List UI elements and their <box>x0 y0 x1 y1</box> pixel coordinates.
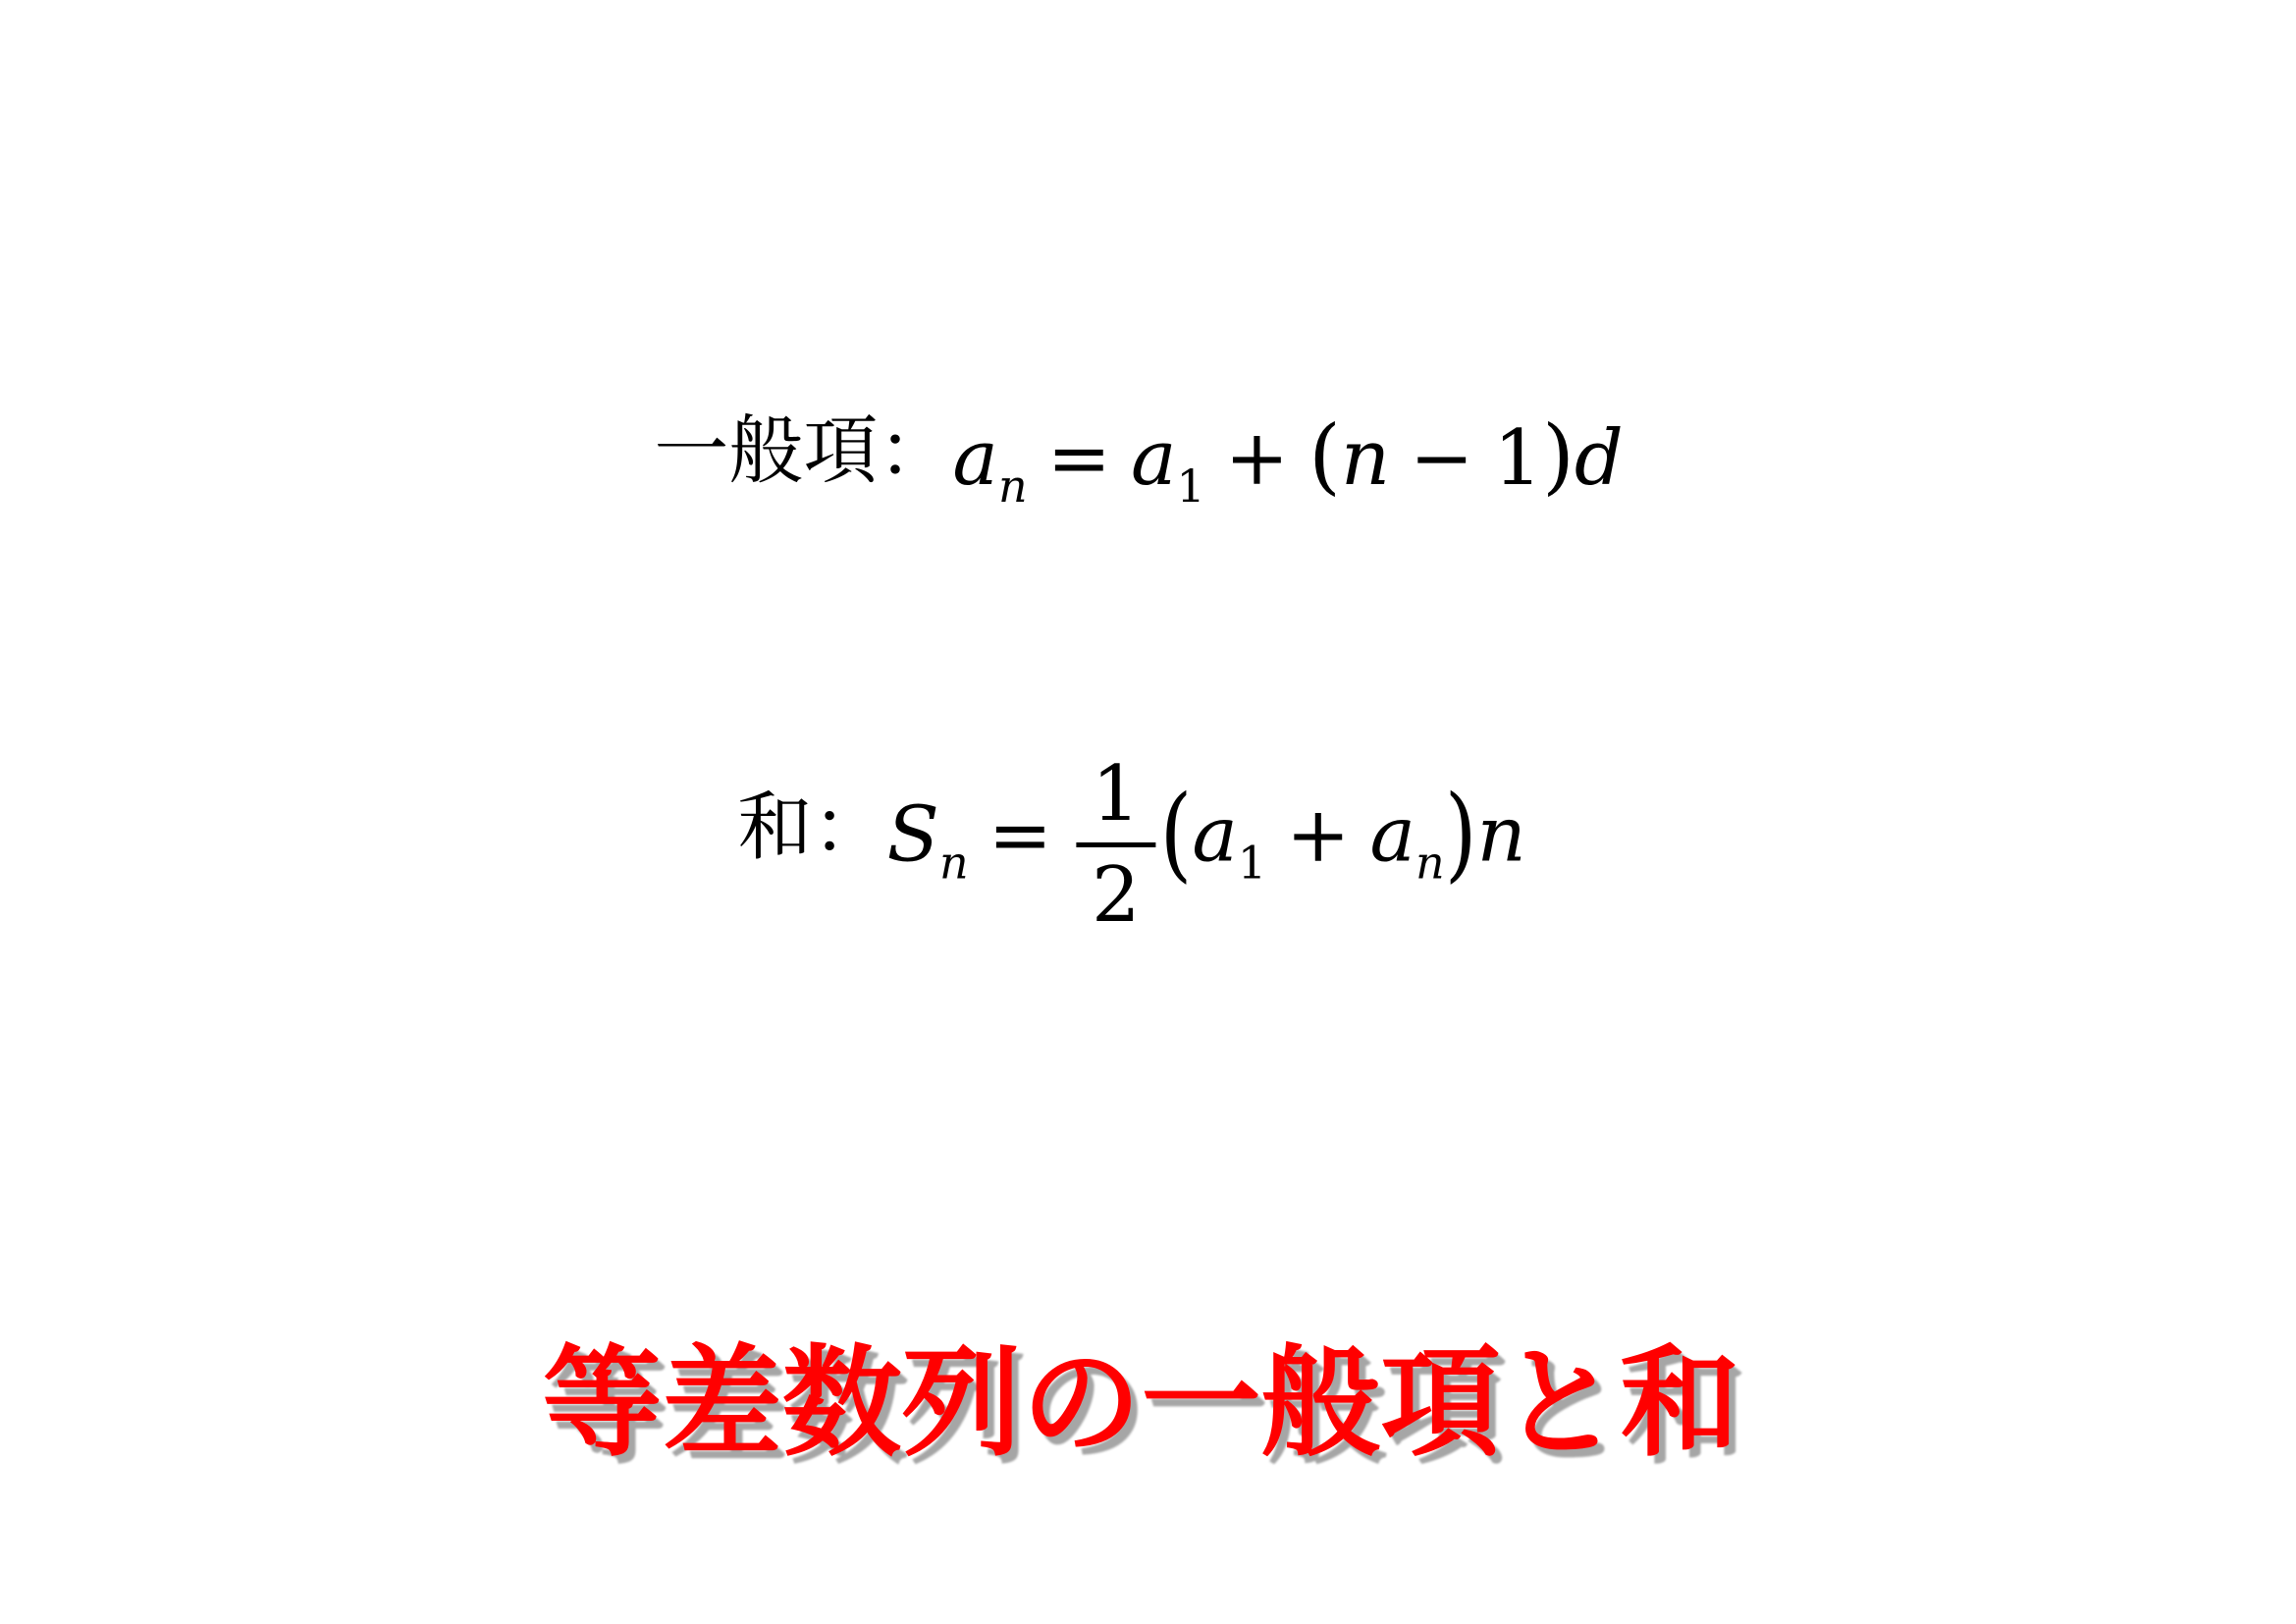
open-paren: ( <box>1308 407 1341 504</box>
general-term-formula: 一般項：an=a1+(n−1)d <box>654 414 1623 497</box>
variable-n: n <box>1476 791 1525 880</box>
sum-lhs-base: S <box>887 791 939 880</box>
sum-colon: ： <box>813 786 887 870</box>
minus-sign: − <box>1410 414 1473 503</box>
sum-rhs-a1-subscript: 1 <box>1238 837 1266 890</box>
general-term-lhs-subscript: n <box>998 460 1028 513</box>
variable-d: d <box>1575 414 1624 503</box>
general-term-rhs-a-base: a <box>1131 414 1177 503</box>
general-term-lhs-base: a <box>952 414 998 503</box>
close-paren: ) <box>1445 781 1477 884</box>
general-term-rhs-a-subscript: 1 <box>1176 460 1204 513</box>
fraction-denominator: 2 <box>1076 847 1156 934</box>
equals-sign: = <box>1047 414 1111 503</box>
variable-n: n <box>1341 414 1390 503</box>
general-term-label: 一般項 <box>654 409 878 493</box>
general-term-colon: ： <box>878 409 952 493</box>
sum-rhs-a1-base: a <box>1192 791 1238 880</box>
plus-sign: + <box>1225 414 1289 503</box>
fraction-numerator: 1 <box>1076 756 1156 847</box>
sum-rhs-an-subscript: n <box>1415 837 1445 890</box>
sum-label: 和 <box>738 786 813 870</box>
open-paren: ( <box>1160 781 1193 884</box>
sum-formula: 和：Sn=12(a1+an)n <box>738 768 1526 946</box>
slide-canvas: 一般項：an=a1+(n−1)d 和：Sn=12(a1+an)n 等差数列の一般… <box>0 0 2296 1624</box>
sum-lhs-subscript: n <box>939 837 969 890</box>
equals-sign: = <box>988 791 1052 880</box>
plus-sign: + <box>1286 791 1350 880</box>
sum-rhs-an-base: a <box>1370 791 1416 880</box>
number-one: 1 <box>1493 414 1542 503</box>
slide-title: 等差数列の一般項と和 <box>542 1343 1739 1463</box>
close-paren: ) <box>1542 407 1575 504</box>
one-half-fraction: 12 <box>1076 756 1156 934</box>
